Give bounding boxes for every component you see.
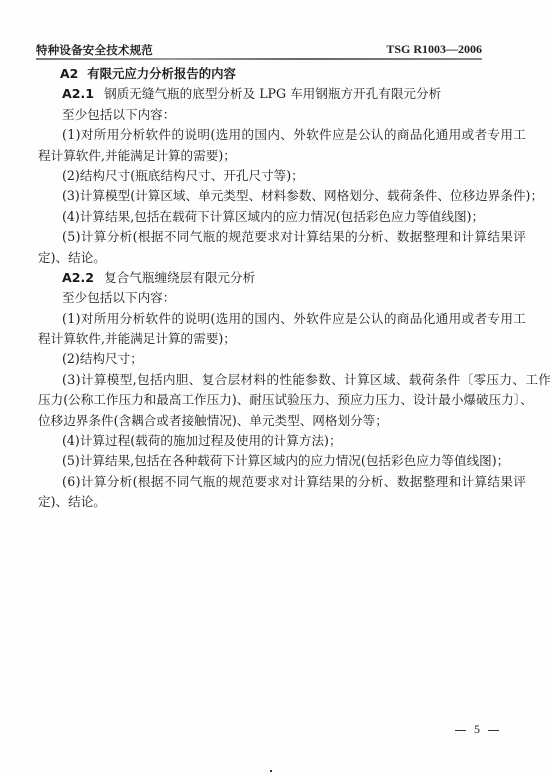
list-item-line: (2)结构尺寸； <box>38 349 474 369</box>
list-item-continuation: 程计算软件,并能满足计算的需要)； <box>38 146 474 166</box>
list-item-line: (6)计算分析(根据不同气瓶的规范要求对计算结果的分析、数据整理和计算结果评 <box>38 472 474 492</box>
list-item-continuation: 定)、结论。 <box>38 248 474 268</box>
section-number: A2 <box>60 64 78 84</box>
subsection-number: A2.1 <box>62 84 94 104</box>
subsection-heading-a2-2: A2.2复合气瓶缠绕层有限元分析 <box>38 268 474 288</box>
list-item-continuation: 定)、结论。 <box>38 492 474 512</box>
list-item-line: (3)计算模型(计算区域、单元类型、材料参数、网格划分、载荷条件、位移边界条件)… <box>38 186 474 206</box>
list-item-line: (4)计算过程(载荷的施加过程及使用的计算方法)； <box>38 431 474 451</box>
list-item-continuation: 程计算软件,并能满足计算的需要)； <box>38 329 474 349</box>
page-number-dash-left <box>455 730 466 731</box>
intro-text: 至少包括以下内容： <box>38 105 474 125</box>
list-item-line: (2)结构尺寸(瓶底结构尺寸、开孔尺寸等)； <box>38 166 474 186</box>
header-series-title: 特种设备安全技术规范 <box>36 42 153 58</box>
header-standard-code: TSG R1003—2006 <box>386 42 482 57</box>
page-number: 5 <box>474 722 480 737</box>
header-divider <box>36 58 482 60</box>
list-item-line: (4)计算结果,包括在载荷下计算区域内的应力情况(包括彩色应力等值线图)； <box>38 207 474 227</box>
document-page: 特种设备安全技术规范 TSG R1003—2006 A2有限元应力分析报告的内容… <box>0 0 550 777</box>
page-footer: 5 <box>455 722 499 737</box>
subsection-title: 钢质无缝气瓶的底型分析及 LPG 车用钢瓶方开孔有限元分析 <box>104 86 441 101</box>
section-title: 有限元应力分析报告的内容 <box>87 66 236 81</box>
section-heading-a2: A2有限元应力分析报告的内容 <box>38 64 474 84</box>
subsection-title: 复合气瓶缠绕层有限元分析 <box>104 270 255 285</box>
list-item-line: (3)计算模型,包括内胆、复合层材料的性能参数、计算区域、载荷条件〔零压力、工作 <box>38 370 474 390</box>
list-item-line: (5)计算分析(根据不同气瓶的规范要求对计算结果的分析、数据整理和计算结果评 <box>38 227 474 247</box>
list-item-continuation: 位移边界条件(含耦合或者接触情况)、单元类型、网格划分等； <box>38 411 474 431</box>
scan-artifact <box>270 770 272 772</box>
list-item-continuation: 压力(公称工作压力和最高工作压力)、耐压试验压力、预应力压力、设计最小爆破压力〕… <box>38 390 474 410</box>
subsection-heading-a2-1: A2.1钢质无缝气瓶的底型分析及 LPG 车用钢瓶方开孔有限元分析 <box>38 84 474 104</box>
subsection-number: A2.2 <box>62 268 94 288</box>
page-number-dash-right <box>488 730 499 731</box>
list-item-line: (5)计算结果,包括在各种载荷下计算区域内的应力情况(包括彩色应力等值线图)； <box>38 451 474 471</box>
list-item-line: (1)对所用分析软件的说明(选用的国内、外软件应是公认的商品化通用或者专用工 <box>38 309 474 329</box>
intro-text: 至少包括以下内容： <box>38 288 474 308</box>
page-body: A2有限元应力分析报告的内容 A2.1钢质无缝气瓶的底型分析及 LPG 车用钢瓶… <box>38 64 474 513</box>
list-item-line: (1)对所用分析软件的说明(选用的国内、外软件应是公认的商品化通用或者专用工 <box>38 125 474 145</box>
